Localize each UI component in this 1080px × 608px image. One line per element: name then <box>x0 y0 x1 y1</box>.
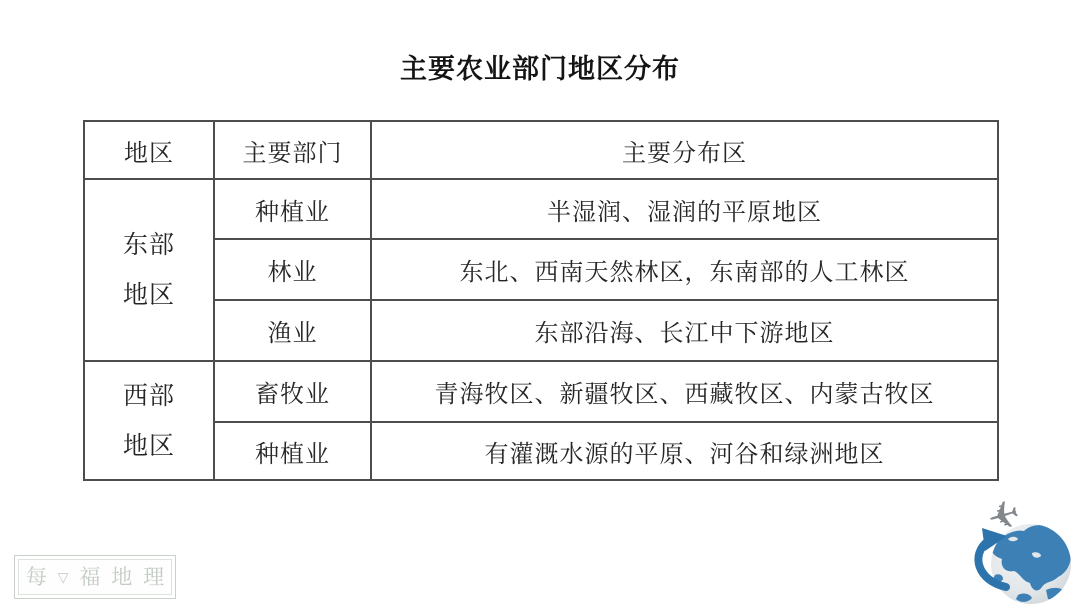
table-header-row: 地区 主要部门 主要分布区 <box>84 121 998 179</box>
distribution-cell: 青海牧区、新疆牧区、西藏牧区、内蒙古牧区 <box>371 361 998 422</box>
region-label-line: 西部 <box>85 371 213 421</box>
region-label-line: 地区 <box>85 421 213 471</box>
distribution-cell: 有灌溉水源的平原、河谷和绿洲地区 <box>371 422 998 480</box>
distribution-cell: 东部沿海、长江中下游地区 <box>371 300 998 361</box>
watermark-shield-icon: ▽ <box>58 570 69 584</box>
watermark-glyph: 福 <box>79 567 100 588</box>
watermark-glyph: 理 <box>143 567 164 588</box>
page-title: 主要农业部门地区分布 <box>0 50 1080 88</box>
sector-cell: 种植业 <box>214 422 371 480</box>
header-region: 地区 <box>84 121 214 179</box>
watermark-glyph: 每 <box>26 567 47 588</box>
region-cell-west: 西部 地区 <box>84 361 214 480</box>
table-row: 渔业 东部沿海、长江中下游地区 <box>84 300 998 361</box>
table-row: 种植业 有灌溉水源的平原、河谷和绿洲地区 <box>84 422 998 480</box>
sector-cell: 种植业 <box>214 179 371 239</box>
table-row: 林业 东北、西南天然林区，东南部的人工林区 <box>84 239 998 300</box>
header-distribution: 主要分布区 <box>371 121 998 179</box>
agriculture-distribution-table: 地区 主要部门 主要分布区 东部 地区 种植业 半湿润、湿润的平原地区 林业 东… <box>83 120 999 481</box>
table-row: 东部 地区 种植业 半湿润、湿润的平原地区 <box>84 179 998 239</box>
sector-cell: 林业 <box>214 239 371 300</box>
sector-cell: 畜牧业 <box>214 361 371 422</box>
sector-cell: 渔业 <box>214 300 371 361</box>
watermark-glyph: 地 <box>111 567 132 588</box>
header-sector: 主要部门 <box>214 121 371 179</box>
table-row: 西部 地区 畜牧业 青海牧区、新疆牧区、西藏牧区、内蒙古牧区 <box>84 361 998 422</box>
globe-graphic: ✈ <box>962 495 1080 608</box>
region-label-line: 地区 <box>85 270 213 320</box>
distribution-cell: 东北、西南天然林区，东南部的人工林区 <box>371 239 998 300</box>
distribution-cell: 半湿润、湿润的平原地区 <box>371 179 998 239</box>
region-cell-east: 东部 地区 <box>84 179 214 361</box>
region-label-line: 东部 <box>85 220 213 270</box>
watermark-seal: 每 ▽ 福 地 理 <box>14 555 176 599</box>
